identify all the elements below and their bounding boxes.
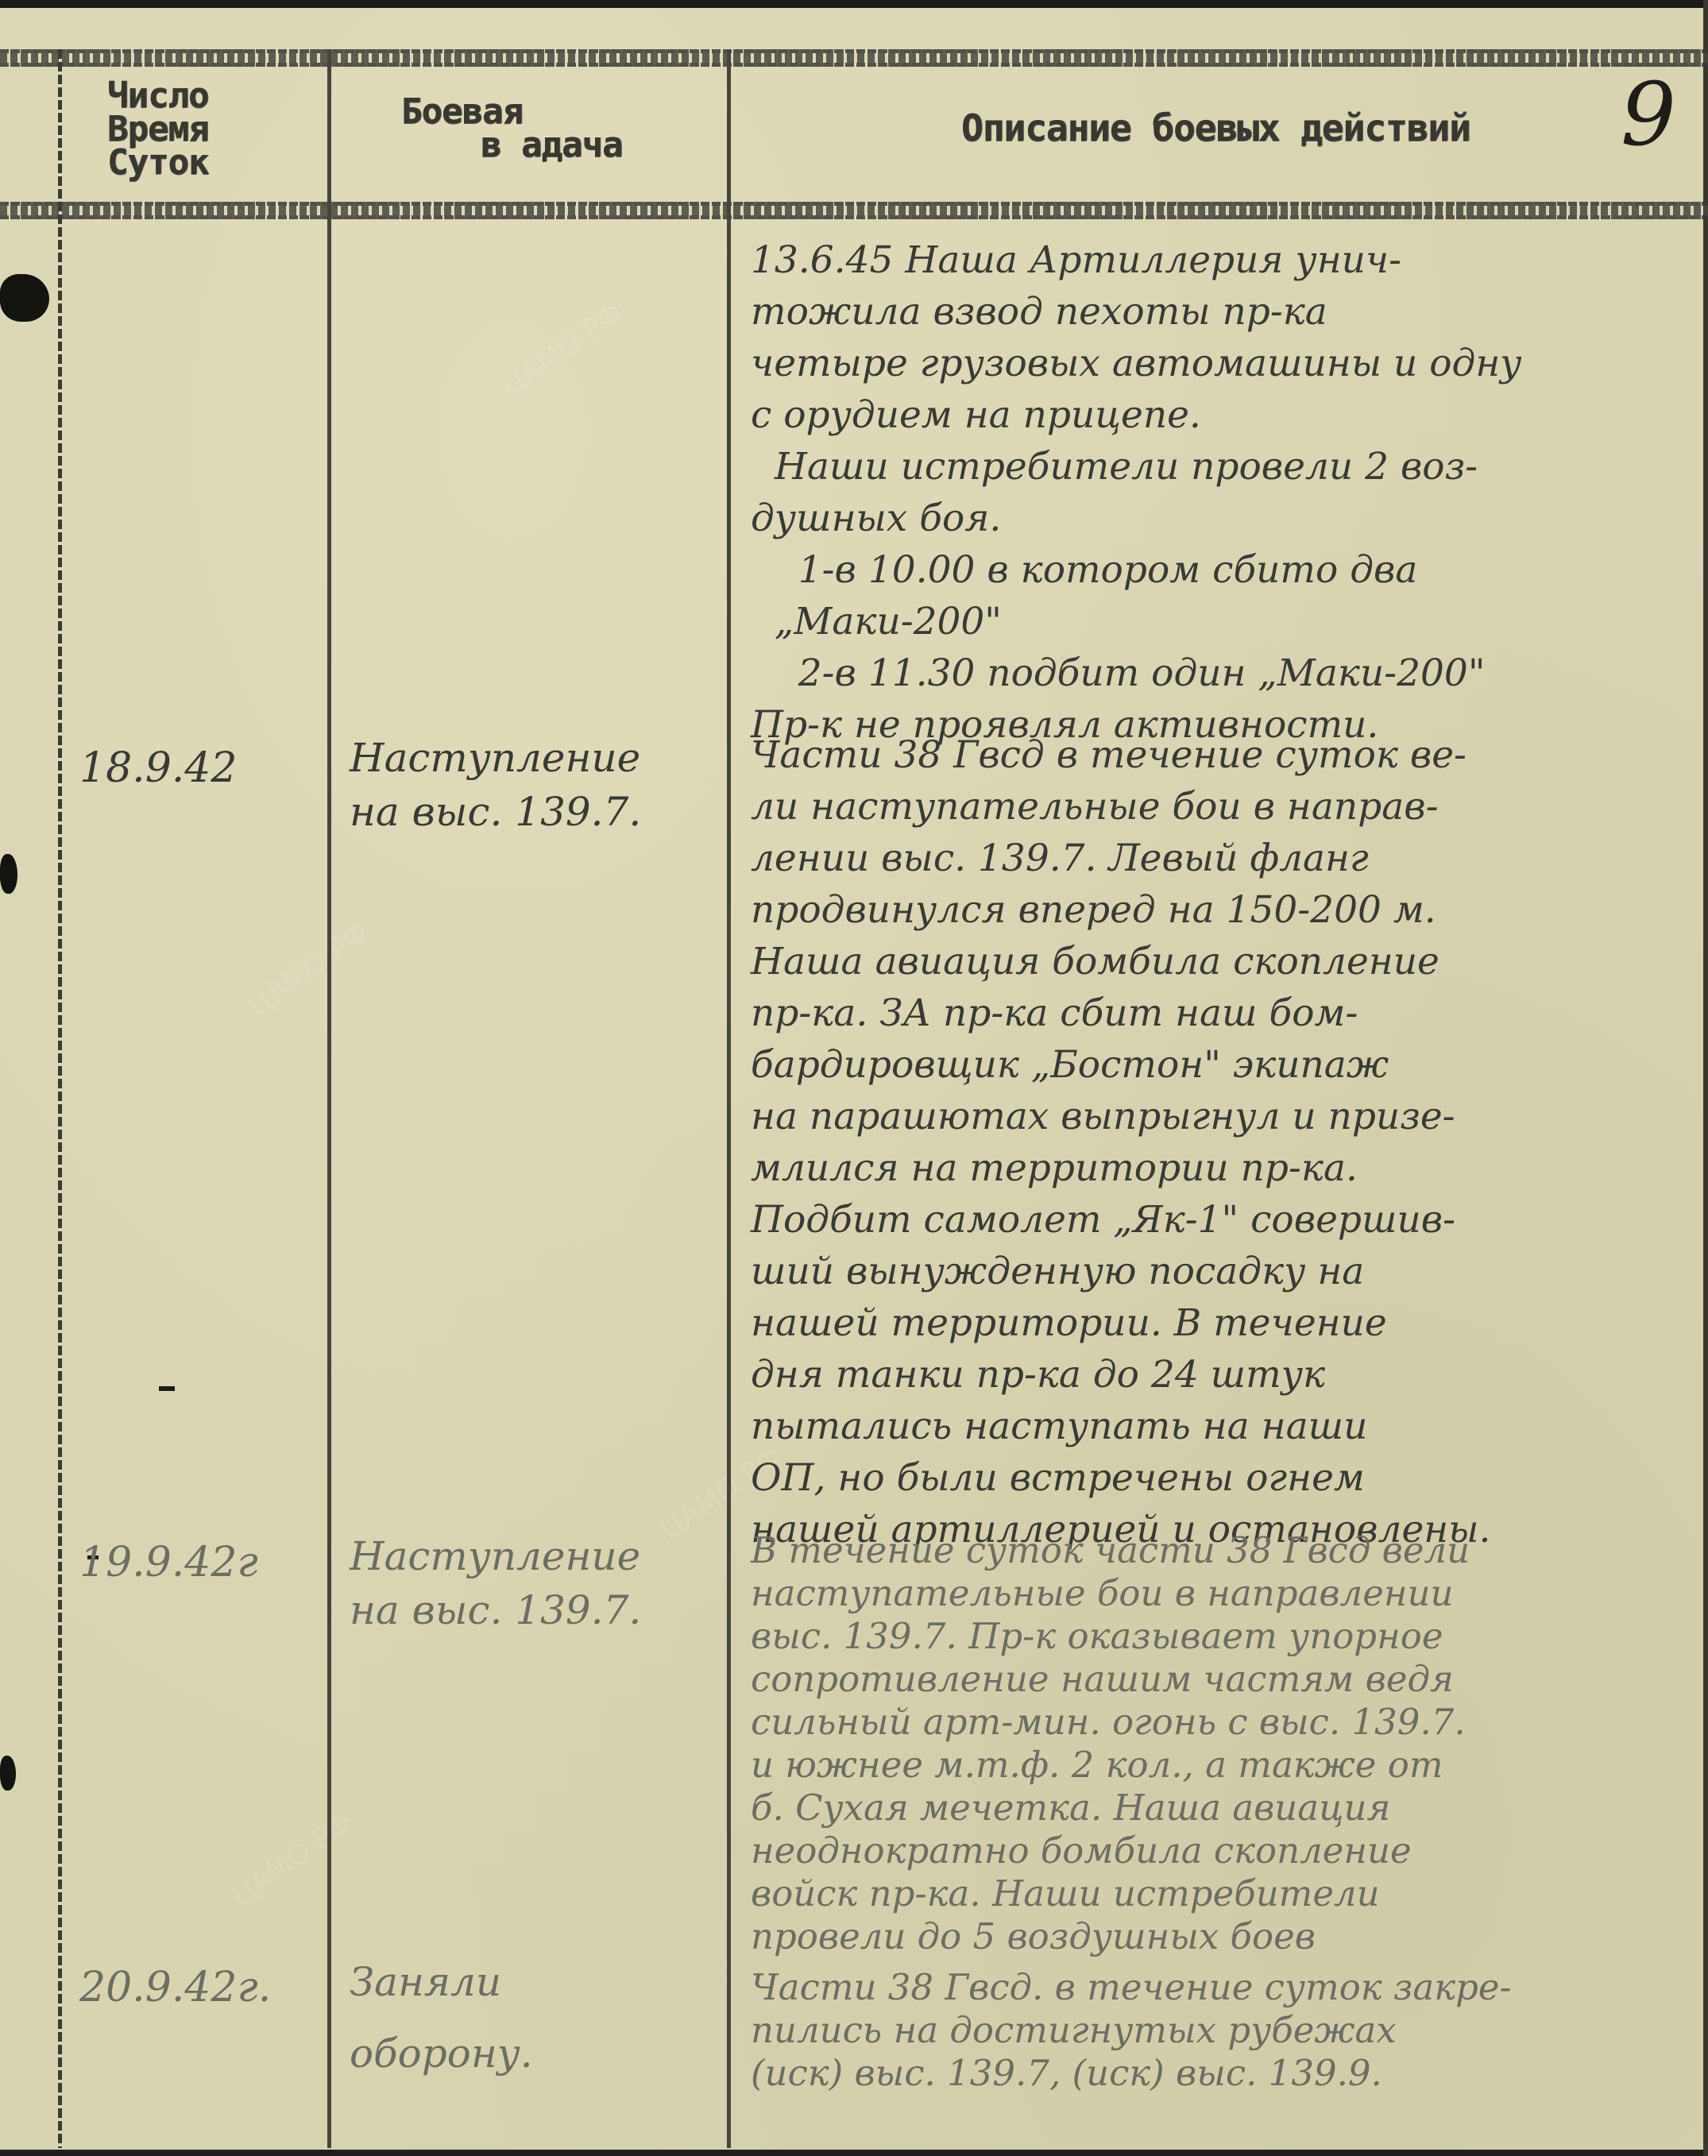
- entry-date: 19.9.42г: [79, 1537, 318, 1589]
- entry-description: 13.6.45 Наша Артиллерия унич- тожила взв…: [751, 234, 1696, 751]
- entry-date: 20.9.42г.: [79, 1962, 318, 2014]
- archival-document-page: ЦАМО РФ ЦАМО РФ ЦАМО РФ ЦАМО РФ Число Вр…: [0, 0, 1708, 2156]
- header-description: Описание боевых действий: [961, 111, 1470, 146]
- entry-date: 18.9.42: [79, 743, 318, 794]
- entry-description: Части 38 Гвсд. в течение суток закре- пи…: [751, 1966, 1696, 2095]
- paper-mark: [159, 1386, 175, 1391]
- page-number: 9: [1621, 64, 1676, 165]
- header-top-rule: [0, 49, 1708, 67]
- archive-watermark: ЦАМО РФ: [226, 1806, 359, 1913]
- scan-border-top: [0, 0, 1708, 8]
- binding-hole-3: [0, 1756, 16, 1791]
- scan-border-bottom: [0, 2150, 1708, 2156]
- archive-watermark: ЦАМО РФ: [496, 296, 629, 404]
- archive-watermark: ЦАМО РФ: [242, 916, 375, 1023]
- header-combat-task: Боевая в адача: [401, 95, 703, 162]
- binding-hole-1: [0, 274, 49, 322]
- header-date-time: Число Время Суток: [107, 79, 266, 179]
- entry-description: В течение суток части 38 Гвсд вели насту…: [751, 1529, 1696, 1958]
- column-divider-middle: [327, 49, 331, 2148]
- entry-description: Части 38 Гвсд в течение суток ве- ли нас…: [751, 729, 1696, 1555]
- entry-task: Наступление на выс. 139.7.: [350, 731, 723, 839]
- entry-task: Наступление на выс. 139.7.: [350, 1529, 723, 1637]
- header-combat-task-line2: в адача: [401, 129, 703, 162]
- binding-hole-2: [0, 854, 17, 894]
- column-divider-left: [58, 49, 62, 2148]
- entry-task: Заняли оборону.: [350, 1946, 723, 2089]
- scan-border-right: [1703, 0, 1708, 2156]
- column-divider-right: [727, 49, 731, 2148]
- header-bottom-rule: [0, 202, 1708, 219]
